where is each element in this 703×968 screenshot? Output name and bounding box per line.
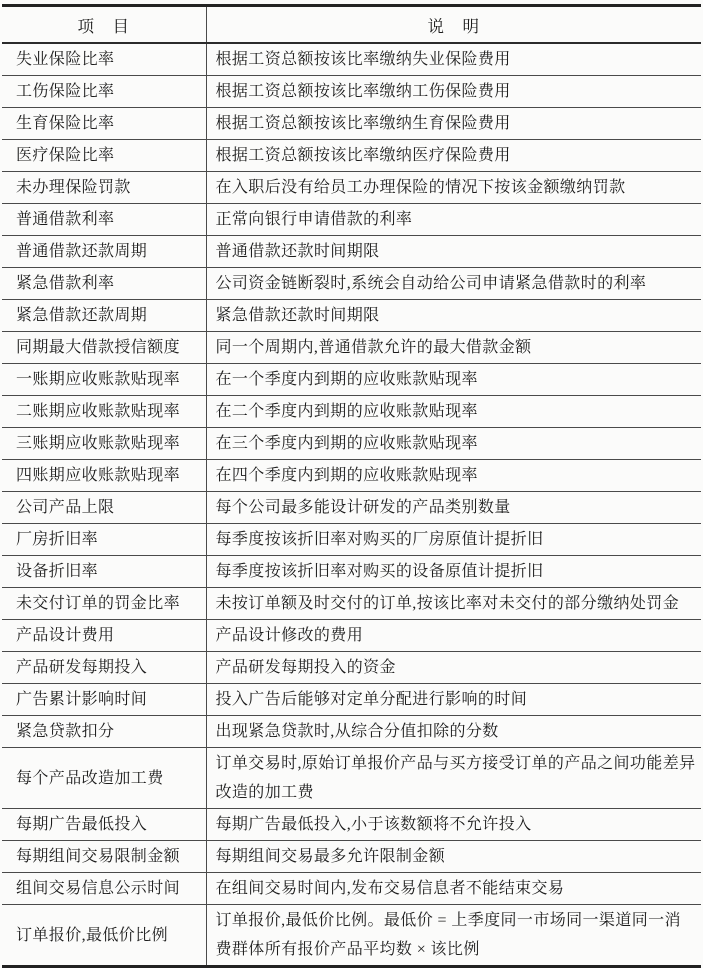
- item-cell: 三账期应收账款贴现率: [2, 428, 206, 460]
- item-cell: 普通借款还款周期: [2, 236, 206, 268]
- description-cell: 在一个季度内到期的应收账款贴现率: [206, 364, 701, 396]
- description-cell: 出现紧急贷款时,从综合分值扣除的分数: [206, 716, 701, 748]
- item-cell: 组间交易信息公示时间: [2, 873, 206, 905]
- description-cell: 投入广告后能够对定单分配进行影响的时间: [206, 684, 701, 716]
- item-cell: 产品研发每期投入: [2, 652, 206, 684]
- item-cell: 失业保险比率: [2, 43, 206, 76]
- table-row: 每个产品改造加工费订单交易时,原始订单报价产品与买方接受订单的产品之间功能差异改…: [2, 748, 701, 809]
- item-cell: 每期组间交易限制金额: [2, 841, 206, 873]
- description-cell: 产品研发每期投入的资金: [206, 652, 701, 684]
- table-row: 紧急借款利率公司资金链断裂时,系统会自动给公司申请紧急借款时的利率: [2, 268, 701, 300]
- description-cell: 在三个季度内到期的应收账款贴现率: [206, 428, 701, 460]
- document-page: 项 目 说 明 失业保险比率根据工资总额按该比率缴纳失业保险费用工伤保险比率根据…: [2, 4, 701, 968]
- description-cell: 根据工资总额按该比率缴纳失业保险费用: [206, 43, 701, 76]
- description-cell: 正常向银行申请借款的利率: [206, 204, 701, 236]
- description-cell: 每季度按该折旧率对购买的厂房原值计提折旧: [206, 524, 701, 556]
- item-cell: 医疗保险比率: [2, 140, 206, 172]
- table-row: 未办理保险罚款在入职后没有给员工办理保险的情况下按该金额缴纳罚款: [2, 172, 701, 204]
- table-row: 公司产品上限每个公司最多能设计研发的产品类别数量: [2, 492, 701, 524]
- table-body: 失业保险比率根据工资总额按该比率缴纳失业保险费用工伤保险比率根据工资总额按该比率…: [2, 43, 701, 967]
- column-header-description: 说 明: [206, 6, 701, 44]
- description-cell: 同一个周期内,普通借款允许的最大借款金额: [206, 332, 701, 364]
- item-cell: 生育保险比率: [2, 108, 206, 140]
- parameter-spec-table: 项 目 说 明 失业保险比率根据工资总额按该比率缴纳失业保险费用工伤保险比率根据…: [2, 4, 701, 968]
- table-row: 生育保险比率根据工资总额按该比率缴纳生育保险费用: [2, 108, 701, 140]
- description-cell: 每期组间交易最多允许限制金额: [206, 841, 701, 873]
- table-row: 广告累计影响时间投入广告后能够对定单分配进行影响的时间: [2, 684, 701, 716]
- item-cell: 普通借款利率: [2, 204, 206, 236]
- item-cell: 紧急贷款扣分: [2, 716, 206, 748]
- description-cell: 每个公司最多能设计研发的产品类别数量: [206, 492, 701, 524]
- description-cell: 在四个季度内到期的应收账款贴现率: [206, 460, 701, 492]
- description-cell: 根据工资总额按该比率缴纳生育保险费用: [206, 108, 701, 140]
- description-cell: 在入职后没有给员工办理保险的情况下按该金额缴纳罚款: [206, 172, 701, 204]
- table-row: 普通借款利率正常向银行申请借款的利率: [2, 204, 701, 236]
- table-row: 普通借款还款周期普通借款还款时间期限: [2, 236, 701, 268]
- table-row: 每期组间交易限制金额每期组间交易最多允许限制金额: [2, 841, 701, 873]
- item-cell: 未办理保险罚款: [2, 172, 206, 204]
- description-cell: 未按订单额及时交付的订单,按该比率对未交付的部分缴纳处罚金: [206, 588, 701, 620]
- item-cell: 每期广告最低投入: [2, 809, 206, 841]
- column-header-item: 项 目: [2, 6, 206, 44]
- item-cell: 设备折旧率: [2, 556, 206, 588]
- table-row: 一账期应收账款贴现率在一个季度内到期的应收账款贴现率: [2, 364, 701, 396]
- description-cell: 根据工资总额按该比率缴纳工伤保险费用: [206, 76, 701, 108]
- description-cell: 公司资金链断裂时,系统会自动给公司申请紧急借款时的利率: [206, 268, 701, 300]
- item-cell: 二账期应收账款贴现率: [2, 396, 206, 428]
- description-cell: 普通借款还款时间期限: [206, 236, 701, 268]
- table-row: 每期广告最低投入每期广告最低投入,小于该数额将不允许投入: [2, 809, 701, 841]
- table-row: 三账期应收账款贴现率在三个季度内到期的应收账款贴现率: [2, 428, 701, 460]
- table-row: 二账期应收账款贴现率在二个季度内到期的应收账款贴现率: [2, 396, 701, 428]
- table-row: 紧急贷款扣分出现紧急贷款时,从综合分值扣除的分数: [2, 716, 701, 748]
- item-cell: 一账期应收账款贴现率: [2, 364, 206, 396]
- table-row: 失业保险比率根据工资总额按该比率缴纳失业保险费用: [2, 43, 701, 76]
- description-cell: 根据工资总额按该比率缴纳医疗保险费用: [206, 140, 701, 172]
- item-cell: 紧急借款还款周期: [2, 300, 206, 332]
- item-cell: 厂房折旧率: [2, 524, 206, 556]
- item-cell: 产品设计费用: [2, 620, 206, 652]
- item-cell: 订单报价,最低价比例: [2, 905, 206, 967]
- item-cell: 未交付订单的罚金比率: [2, 588, 206, 620]
- item-cell: 同期最大借款授信额度: [2, 332, 206, 364]
- description-cell: 在二个季度内到期的应收账款贴现率: [206, 396, 701, 428]
- table-row: 医疗保险比率根据工资总额按该比率缴纳医疗保险费用: [2, 140, 701, 172]
- description-cell: 每季度按该折旧率对购买的设备原值计提折旧: [206, 556, 701, 588]
- table-row: 订单报价,最低价比例订单报价,最低价比例。最低价 = 上季度同一市场同一渠道同一…: [2, 905, 701, 967]
- item-cell: 四账期应收账款贴现率: [2, 460, 206, 492]
- item-cell: 工伤保险比率: [2, 76, 206, 108]
- description-cell: 每期广告最低投入,小于该数额将不允许投入: [206, 809, 701, 841]
- item-cell: 广告累计影响时间: [2, 684, 206, 716]
- description-cell: 紧急借款还款时间期限: [206, 300, 701, 332]
- description-cell: 订单报价,最低价比例。最低价 = 上季度同一市场同一渠道同一消费群体所有报价产品…: [206, 905, 701, 967]
- header-row: 项 目 说 明: [2, 6, 701, 44]
- description-cell: 产品设计修改的费用: [206, 620, 701, 652]
- table-row: 设备折旧率每季度按该折旧率对购买的设备原值计提折旧: [2, 556, 701, 588]
- description-cell: 订单交易时,原始订单报价产品与买方接受订单的产品之间功能差异改造的加工费: [206, 748, 701, 809]
- table-row: 产品设计费用产品设计修改的费用: [2, 620, 701, 652]
- item-cell: 公司产品上限: [2, 492, 206, 524]
- table-row: 紧急借款还款周期紧急借款还款时间期限: [2, 300, 701, 332]
- item-cell: 紧急借款利率: [2, 268, 206, 300]
- description-cell: 在组间交易时间内,发布交易信息者不能结束交易: [206, 873, 701, 905]
- item-cell: 每个产品改造加工费: [2, 748, 206, 809]
- table-row: 工伤保险比率根据工资总额按该比率缴纳工伤保险费用: [2, 76, 701, 108]
- table-row: 四账期应收账款贴现率在四个季度内到期的应收账款贴现率: [2, 460, 701, 492]
- table-row: 未交付订单的罚金比率未按订单额及时交付的订单,按该比率对未交付的部分缴纳处罚金: [2, 588, 701, 620]
- table-row: 组间交易信息公示时间在组间交易时间内,发布交易信息者不能结束交易: [2, 873, 701, 905]
- table-row: 产品研发每期投入产品研发每期投入的资金: [2, 652, 701, 684]
- table-row: 同期最大借款授信额度同一个周期内,普通借款允许的最大借款金额: [2, 332, 701, 364]
- table-row: 厂房折旧率每季度按该折旧率对购买的厂房原值计提折旧: [2, 524, 701, 556]
